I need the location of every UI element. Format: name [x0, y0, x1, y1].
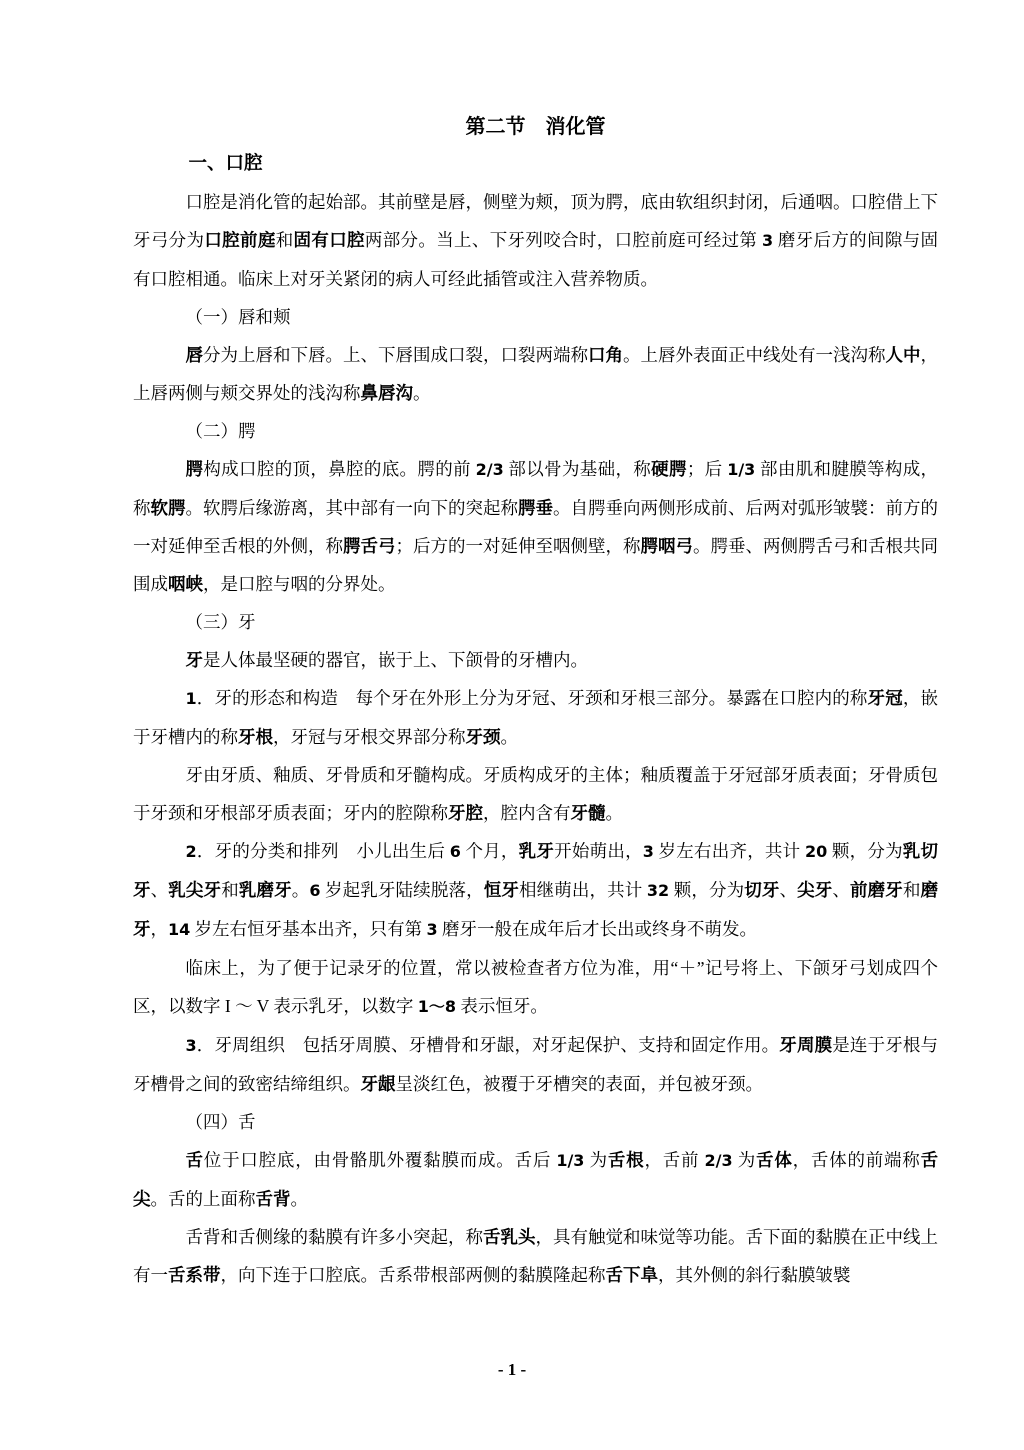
text-run: 开始萌出，	[554, 841, 643, 861]
text-run: 。	[413, 383, 431, 403]
text-run: 一、口腔	[189, 154, 263, 174]
document-title: 第二节 消化管	[133, 110, 938, 144]
number-text: 6	[450, 842, 461, 861]
number-text: 14	[168, 920, 190, 939]
text-run: 、	[780, 880, 798, 900]
text-run: 和	[276, 230, 294, 250]
text-run: 岁起乳牙陆续脱落，	[321, 880, 484, 900]
bold-term: 牙	[186, 650, 204, 670]
text-run: 。	[292, 880, 310, 900]
subsection-heading: （二）腭	[133, 412, 938, 450]
text-run: ，腔内含有	[483, 803, 571, 823]
bold-term: 舌下阜	[606, 1265, 659, 1285]
text-run: ．牙的形态和构造 每个牙在外形上分为牙冠、牙颈和牙根三部分。暴露在口腔内的称	[197, 688, 868, 708]
paragraph: 口腔是消化管的起始部。其前壁是唇，侧壁为颊，顶为腭，底由软组织封闭，后通咽。口腔…	[133, 183, 938, 298]
number-text: 32	[647, 881, 669, 900]
text-run: ；后方的一对延伸至咽侧壁，称	[396, 536, 641, 556]
text-run: 。	[501, 727, 519, 747]
bold-term: 口角	[588, 345, 623, 365]
paragraph: 牙由牙质、釉质、牙骨质和牙髓构成。牙质构成牙的主体；釉质覆盖于牙冠部牙质表面；牙…	[133, 756, 938, 832]
bold-term: 腭舌弓	[343, 536, 396, 556]
text-run: 岁左右恒牙基本出齐，只有第	[190, 919, 426, 939]
text-run: 、	[832, 880, 850, 900]
text-run: 呈淡红色，被覆于牙槽突的表面，并包被牙颈。	[396, 1074, 764, 1094]
text-run: 舌背和舌侧缘的黏膜有许多小突起，称	[186, 1227, 484, 1247]
text-run: ．牙的分类和排列 小儿出生后	[197, 841, 450, 861]
text-run: 。上唇外表面正中线处有一浅沟称	[623, 345, 886, 365]
text-run: ；后	[687, 459, 727, 479]
text-run: 、	[151, 880, 169, 900]
text-run: 。舌的上面称	[151, 1189, 256, 1209]
page-number: - 1 -	[0, 1360, 1024, 1380]
text-run: 岁左右出齐，共计	[654, 841, 805, 861]
paragraph: 腭构成口腔的顶，鼻腔的底。腭的前 2/3 部以骨为基础，称硬腭；后 1/3 部由…	[133, 450, 938, 603]
number-text: 2/3	[476, 460, 504, 479]
text-run: 是人体最坚硬的器官，嵌于上、下颌骨的牙槽内。	[203, 650, 588, 670]
text-run: ．牙周组织 包括牙周膜、牙槽骨和牙龈，对牙起保护、支持和固定作用。	[197, 1035, 780, 1055]
paragraph: 2．牙的分类和排列 小儿出生后 6 个月，乳牙开始萌出，3 岁左右出齐，共计 2…	[133, 832, 938, 949]
text-run: 颗，分为	[827, 841, 903, 861]
paragraph: 3．牙周组织 包括牙周膜、牙槽骨和牙龈，对牙起保护、支持和固定作用。牙周膜是连于…	[133, 1026, 938, 1103]
bold-term: 舌系带	[168, 1265, 221, 1285]
number-text: 3	[186, 1036, 197, 1055]
number-text: 1/3	[556, 1151, 584, 1170]
paragraph: 1．牙的形态和构造 每个牙在外形上分为牙冠、牙颈和牙根三部分。暴露在口腔内的称牙…	[133, 679, 938, 756]
text-run: ，舌前	[644, 1150, 704, 1170]
bold-term: 舌乳头	[483, 1227, 536, 1247]
bold-term: 尖牙	[797, 880, 832, 900]
number-text: 1	[186, 689, 197, 708]
paragraph: 牙是人体最坚硬的器官，嵌于上、下颌骨的牙槽内。	[133, 641, 938, 679]
text-run: 。	[606, 803, 624, 823]
bold-term: 牙腔	[448, 803, 483, 823]
text-run: 。	[291, 1189, 309, 1209]
text-run: 和	[221, 880, 239, 900]
bold-term: 咽峡	[168, 574, 203, 594]
number-text: 1～8	[418, 997, 456, 1016]
text-run: 个月，	[461, 841, 519, 861]
text-run: 为	[584, 1150, 607, 1170]
text-run: 两部分。当上、下牙列咬合时，口腔前庭可经过第	[365, 230, 762, 250]
text-run: 磨牙一般在成年后才长出或终身不萌发。	[438, 919, 757, 939]
number-text: 2/3	[704, 1151, 732, 1170]
bold-term: 乳尖牙	[168, 880, 221, 900]
subsection-heading: （一）唇和颊	[133, 298, 938, 336]
bold-term: 前磨牙	[850, 880, 903, 900]
bold-term: 口腔前庭	[204, 230, 275, 250]
text-run: 位于口腔底，由骨骼肌外覆黏膜而成。舌后	[204, 1150, 557, 1170]
text-run: （二）腭	[186, 421, 256, 441]
number-text: 6	[309, 881, 320, 900]
number-text: 2	[186, 842, 197, 861]
number-text: 3	[762, 231, 773, 250]
text-run: ，是口腔与咽的分界处。	[203, 574, 396, 594]
section-heading: 一、口腔	[133, 146, 938, 183]
bold-term: 人中	[886, 345, 921, 365]
text-run: （一）唇和颊	[186, 307, 291, 327]
bold-term: 牙周膜	[779, 1035, 832, 1055]
bold-term: 舌背	[256, 1189, 291, 1209]
text-run: 分为上唇和下唇。上、下唇围成口裂，口裂两端称	[203, 345, 588, 365]
bold-term: 腭	[186, 459, 204, 479]
text-run: 相继萌出，共计	[519, 880, 647, 900]
paragraph: 临床上，为了便于记录牙的位置，常以被检查者方位为准，用“＋”记号将上、下颌牙弓划…	[133, 949, 938, 1026]
bold-term: 鼻唇沟	[361, 383, 414, 403]
subsection-heading: （四）舌	[133, 1103, 938, 1141]
text-run: ，	[151, 919, 169, 939]
number-text: 3	[643, 842, 654, 861]
bold-term: 舌	[186, 1150, 204, 1170]
paragraph: 唇分为上唇和下唇。上、下唇围成口裂，口裂两端称口角。上唇外表面正中线处有一浅沟称…	[133, 336, 938, 412]
text-run: （四）舌	[186, 1112, 256, 1132]
number-text: 1/3	[727, 460, 755, 479]
text-run: 部以骨为基础，称	[504, 459, 651, 479]
bold-term: 乳牙	[519, 841, 554, 861]
bold-term: 切牙	[744, 880, 779, 900]
bold-term: 唇	[186, 345, 204, 365]
bold-term: 牙颈	[466, 727, 501, 747]
bold-term: 恒牙	[484, 880, 519, 900]
bold-term: 舌根	[608, 1150, 645, 1170]
bold-term: 硬腭	[651, 459, 687, 479]
text-run: 。软腭后缘游离，其中部有一向下的突起称	[186, 498, 519, 518]
document-body: 第二节 消化管一、口腔口腔是消化管的起始部。其前壁是唇，侧壁为颊，顶为腭，底由软…	[133, 110, 938, 1294]
text-run: ，牙冠与牙根交界部分称	[273, 727, 466, 747]
text-run: 第二节 消化管	[466, 116, 606, 138]
text-run: （三）牙	[186, 612, 256, 632]
bold-term: 舌体	[756, 1150, 793, 1170]
bold-term: 牙根	[238, 727, 273, 747]
text-run: 和	[903, 880, 921, 900]
bold-term: 乳磨牙	[239, 880, 292, 900]
text-run: 表示恒牙。	[456, 996, 548, 1016]
bold-term: 软腭	[151, 498, 186, 518]
bold-term: 牙髓	[571, 803, 606, 823]
number-text: 20	[805, 842, 827, 861]
subsection-heading: （三）牙	[133, 603, 938, 641]
paragraph: 舌位于口腔底，由骨骼肌外覆黏膜而成。舌后 1/3 为舌根，舌前 2/3 为舌体，…	[133, 1141, 938, 1218]
text-run: 构成口腔的顶，鼻腔的底。腭的前	[203, 459, 475, 479]
bold-term: 牙龈	[361, 1074, 396, 1094]
document-page: 第二节 消化管一、口腔口腔是消化管的起始部。其前壁是唇，侧壁为颊，顶为腭，底由软…	[0, 0, 1024, 1450]
text-run: 颗，分为	[669, 880, 744, 900]
text-run: ，向下连于口腔底。舌系带根部两侧的黏膜隆起称	[221, 1265, 606, 1285]
bold-term: 腭咽弓	[641, 536, 694, 556]
bold-term: 固有口腔	[294, 230, 365, 250]
text-run: ，其外侧的斜行黏膜皱襞	[658, 1265, 851, 1285]
number-text: 3	[427, 920, 438, 939]
text-run: 为	[733, 1150, 756, 1170]
text-run: ，舌体的前端称	[793, 1150, 921, 1170]
bold-term: 腭垂	[518, 498, 553, 518]
paragraph: 舌背和舌侧缘的黏膜有许多小突起，称舌乳头，具有触觉和味觉等功能。舌下面的黏膜在正…	[133, 1218, 938, 1294]
bold-term: 牙冠	[868, 688, 903, 708]
